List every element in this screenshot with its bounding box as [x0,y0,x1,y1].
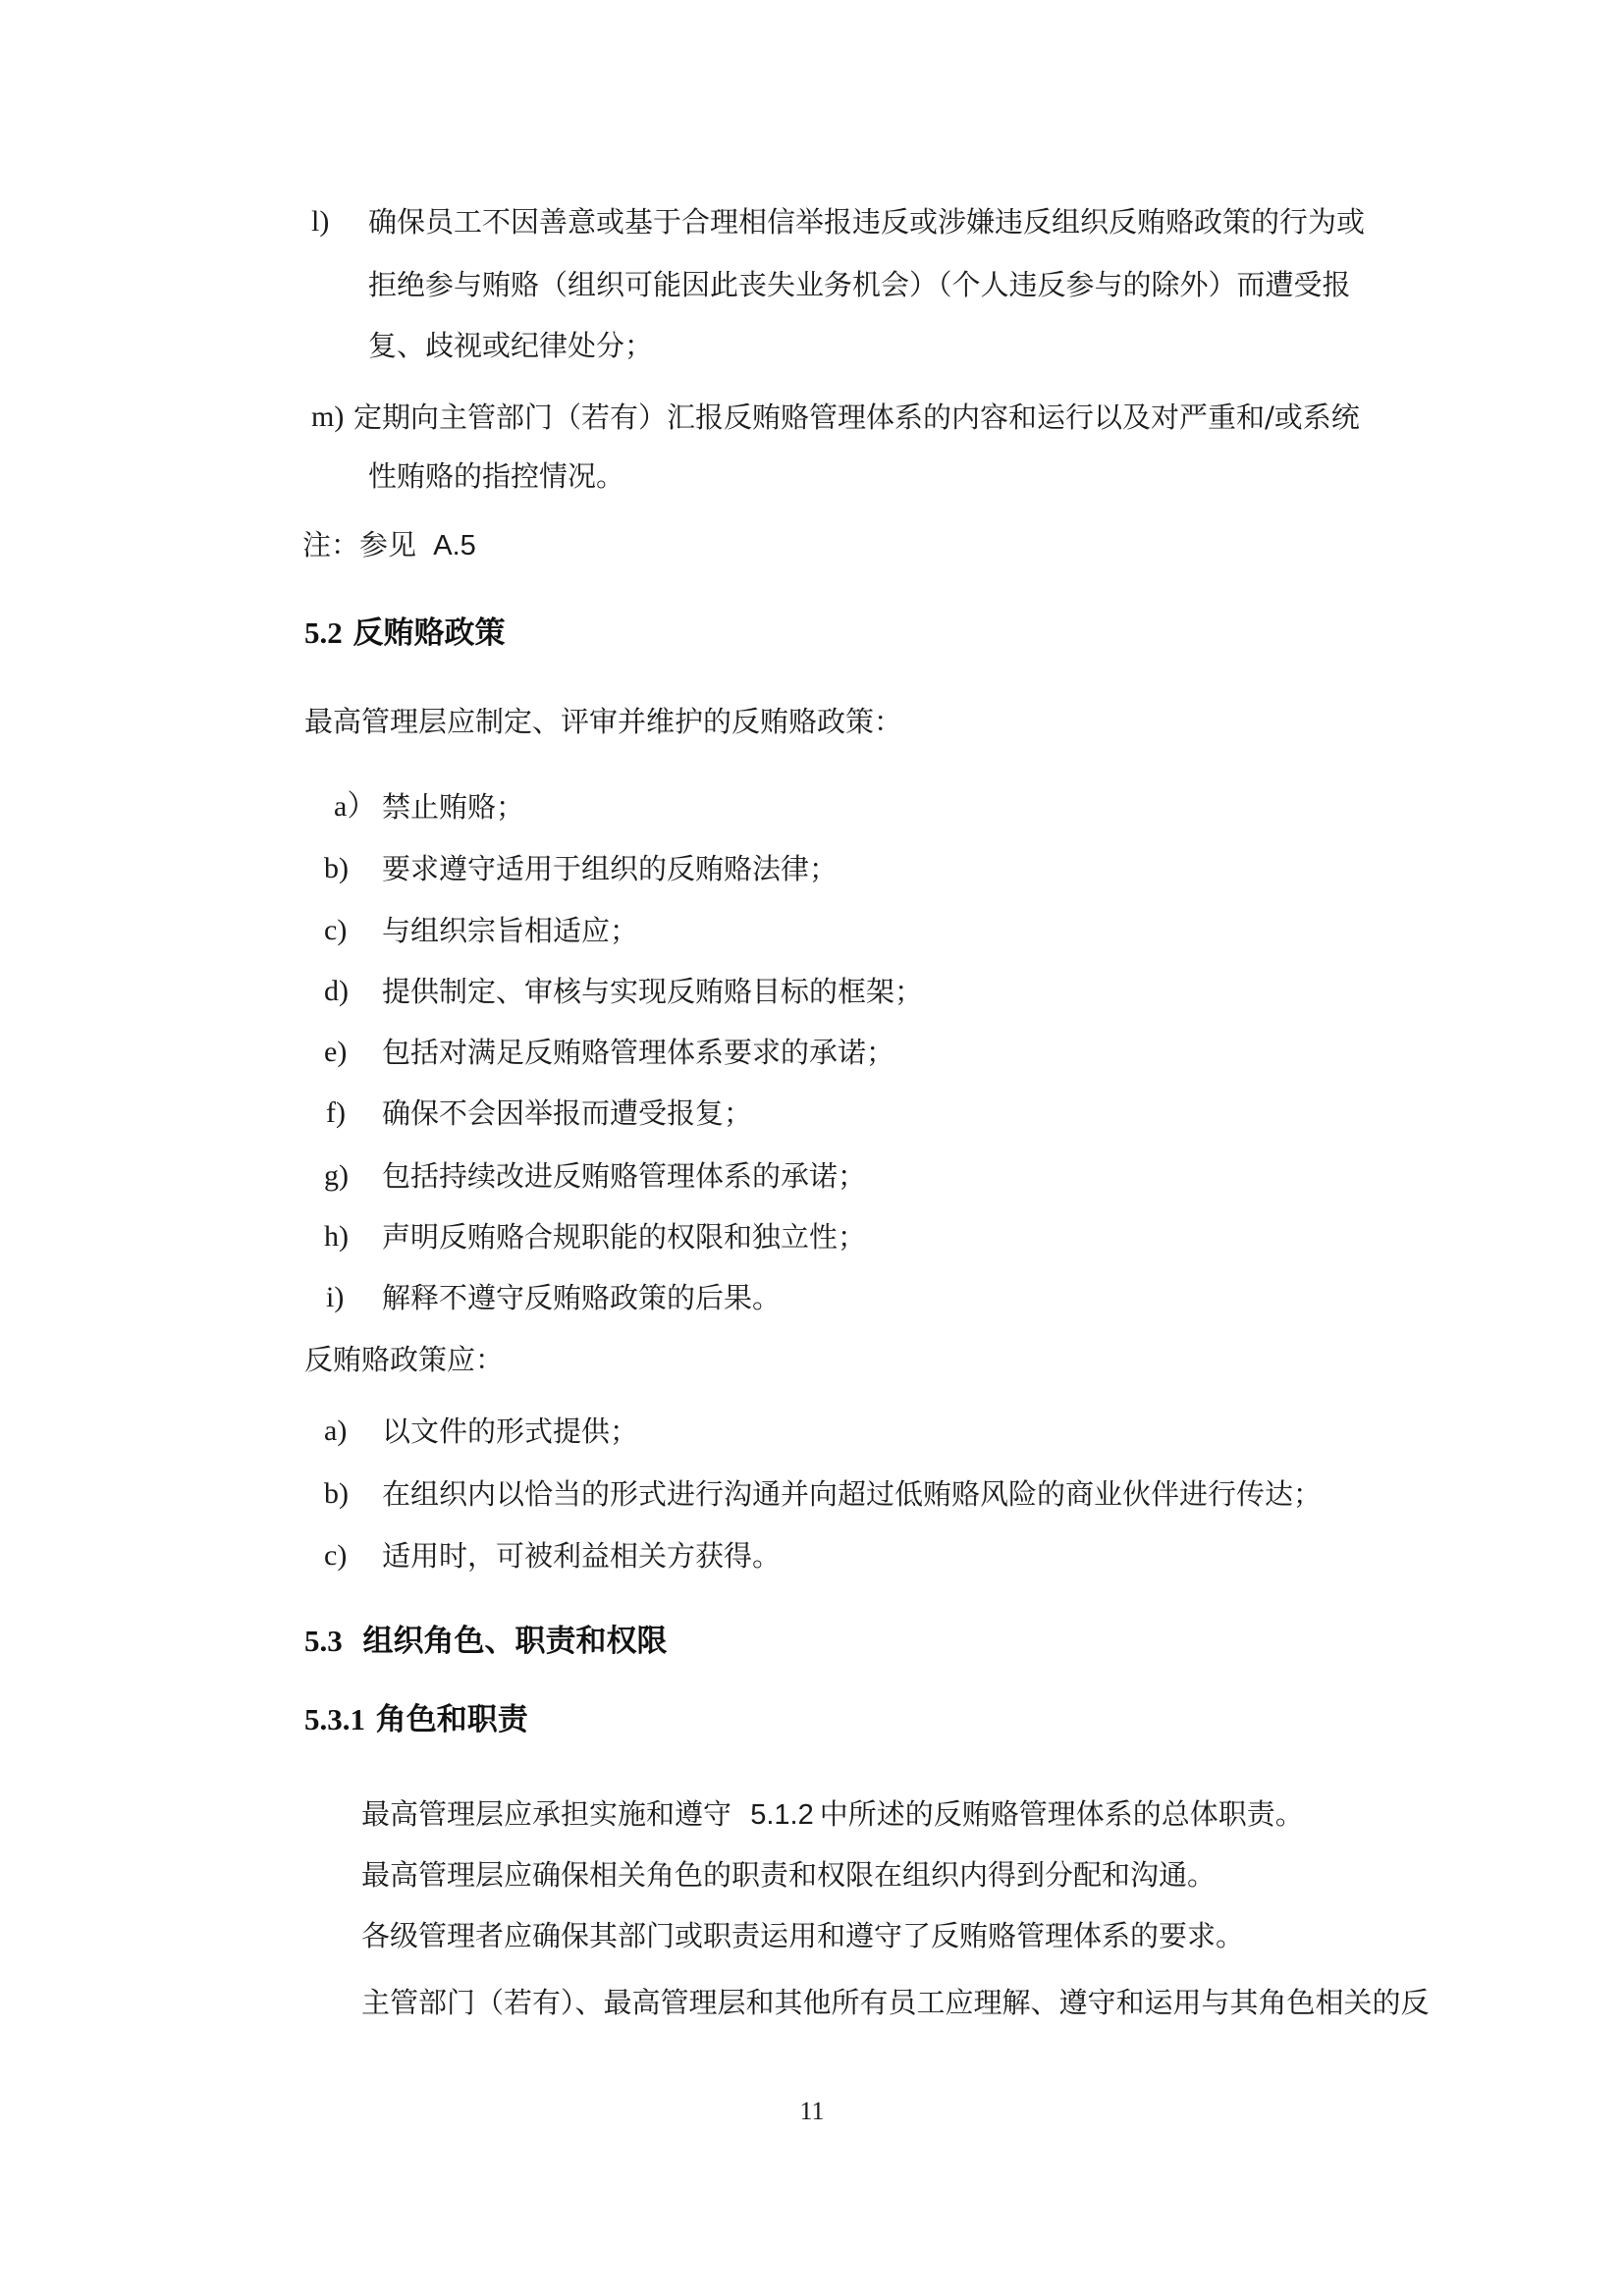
list-marker: c) [324,913,347,948]
section-heading-5-2: 5.2 反贿赂政策 [304,614,506,653]
list-marker: b) [324,851,349,886]
list-marker: d) [324,974,349,1009]
page-number: 11 [0,2097,1624,2126]
section-number: 5.3.1 [304,1702,365,1736]
note-reference: A.5 [433,530,476,561]
section-title: 组织角色、职责和权限 [363,1624,668,1659]
list-item-text: 包括持续改进反贿赂管理体系的承诺； [382,1158,866,1194]
list-item-text: 复、歧视或纪律处分； [368,328,653,363]
list-marker: l) [311,204,329,240]
section-title: 反贿赂政策 [353,615,506,651]
clause-reference: 5.1.2 [750,1799,814,1831]
list-item-text: 要求遵守适用于组织的反贿赂法律； [382,851,838,886]
list-marker: b) [324,1476,349,1512]
note-label: 注：参见 [302,528,416,561]
list-marker: e) [324,1035,347,1070]
paragraph-text: 中所述的反贿赂管理体系的总体职责。 [820,1797,1304,1831]
list-item-text: 包括对满足反贿赂管理体系要求的承诺； [382,1035,894,1070]
paragraph: 最高管理层应确保相关角色的职责和权限在组织内得到分配和沟通。 [361,1857,1216,1893]
list-item-text: 定期向主管部门（若有）汇报反贿赂管理体系的内容和运行以及对严重和/或系统 [353,400,1360,435]
paragraph-text: 最高管理层应承担实施和遵守 [361,1797,731,1831]
list-marker: c) [324,1538,347,1574]
list-marker: i) [326,1280,344,1315]
list-marker: m) [311,400,344,435]
paragraph: 主管部门（若有）、最高管理层和其他所有员工应理解、遵守和运用与其角色相关的反 [361,1985,1430,2020]
list-item-text: 禁止贿赂； [382,789,524,825]
list-item-text: 适用时，可被利益相关方获得。 [382,1538,781,1574]
list-item-text: 提供制定、审核与实现反贿赂目标的框架； [382,974,923,1009]
list-item-text: 在组织内以恰当的形式进行沟通并向超过低贿赂风险的商业伙伴进行传达； [382,1476,1322,1512]
section-heading-5-3-1: 5.3.1 角色和职责 [304,1700,528,1739]
policy-intro: 最高管理层应制定、评审并维护的反贿赂政策： [304,704,902,739]
list-item-text: 与组织宗旨相适应； [382,913,638,948]
section-number: 5.3 [304,1624,343,1658]
list-marker: f) [326,1095,346,1131]
section-heading-5-3: 5.3 组织角色、职责和权限 [304,1622,668,1661]
section-number: 5.2 [304,615,343,650]
paragraph: 各级管理者应确保其部门或职责运用和遵守了反贿赂管理体系的要求。 [361,1918,1244,1953]
list-item-text: 声明反贿赂合规职能的权限和独立性； [382,1219,866,1255]
list-marker: a） [334,789,376,825]
list-item-text: 以文件的形式提供； [382,1414,638,1449]
note: 注：参见 A.5 [302,527,476,563]
list-item-text: 确保不会因举报而遭受报复； [382,1095,752,1131]
paragraph: 最高管理层应承担实施和遵守 5.1.2中所述的反贿赂管理体系的总体职责。 [361,1796,1304,1833]
list-item-text: 确保员工不因善意或基于合理相信举报违反或涉嫌违反组织反贿赂政策的行为或 [368,204,1365,240]
list-item-text: 性贿赂的指控情况。 [368,458,624,494]
list-item-text: 拒绝参与贿赂（组织可能因此丧失业务机会）（个人违反参与的除外）而遭受报 [368,267,1351,302]
list-marker: g) [324,1158,349,1194]
list-item-text: 解释不遵守反贿赂政策的后果。 [382,1280,781,1315]
section-title: 角色和职责 [376,1702,528,1737]
policy-should-intro: 反贿赂政策应： [304,1342,504,1377]
list-marker: a) [324,1414,347,1449]
list-marker: h) [324,1219,349,1255]
